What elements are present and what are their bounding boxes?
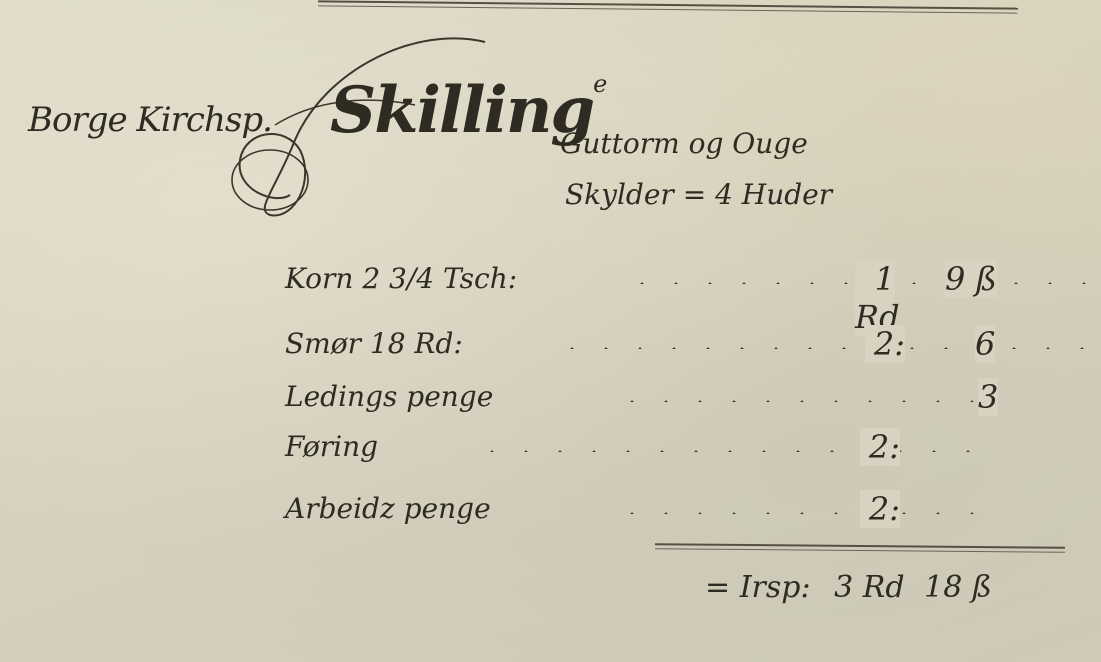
top-double-rule (318, 0, 1018, 9)
entry-label: Arbeidz penge (285, 492, 491, 525)
leader-dots (615, 512, 995, 514)
ledger-page: Borge Kirchsp. Skillinge Guttorm og Ouge… (0, 0, 1101, 662)
sum-double-rule (655, 543, 1065, 549)
total-label: Irsp: (740, 570, 811, 605)
entry-label: Ledings penge (285, 380, 493, 413)
parish-name: Borge Kirchsp. (28, 100, 272, 140)
entry-row: Ledings penge 3 (285, 380, 1045, 424)
entry-label: Smør 18 Rd: (285, 327, 463, 360)
entry-skilling: 3 (978, 378, 998, 416)
farm-name-text: Skilling (330, 73, 593, 148)
entry-row: Smør 18 Rd: 2: 6 (285, 327, 1045, 371)
entry-label: Føring (285, 430, 378, 463)
entry-riksdaler: 2: (860, 490, 900, 528)
total-skilling: 18 ß (924, 570, 992, 605)
entry-skilling: 6 (975, 325, 995, 363)
total-riksdaler: 3 Rd (834, 570, 904, 605)
entry-label: Korn 2 3/4 Tsch: (285, 262, 517, 295)
leader-dots (615, 400, 975, 402)
leader-dots (475, 450, 995, 452)
entry-riksdaler: 2: (865, 325, 905, 363)
entry-row: Føring 2: (285, 430, 1045, 474)
tax-valuation-line: Skylder = 4 Huder (565, 178, 832, 211)
total-prefix: = (705, 570, 730, 605)
entry-row: Korn 2 3/4 Tsch: 1 Rd 9 ß (285, 262, 1045, 306)
leader-dots (555, 347, 1101, 349)
bleed-through-text (40, 310, 50, 345)
owners-line: Guttorm og Ouge (560, 127, 808, 160)
entry-riksdaler: 2: (860, 428, 900, 466)
farm-name-superscript: e (593, 70, 605, 98)
entry-skilling: 9 ß (945, 260, 997, 298)
entry-row: Arbeidz penge 2: (285, 492, 1045, 536)
total-line: = Irsp: 3 Rd 18 ß (705, 570, 992, 605)
